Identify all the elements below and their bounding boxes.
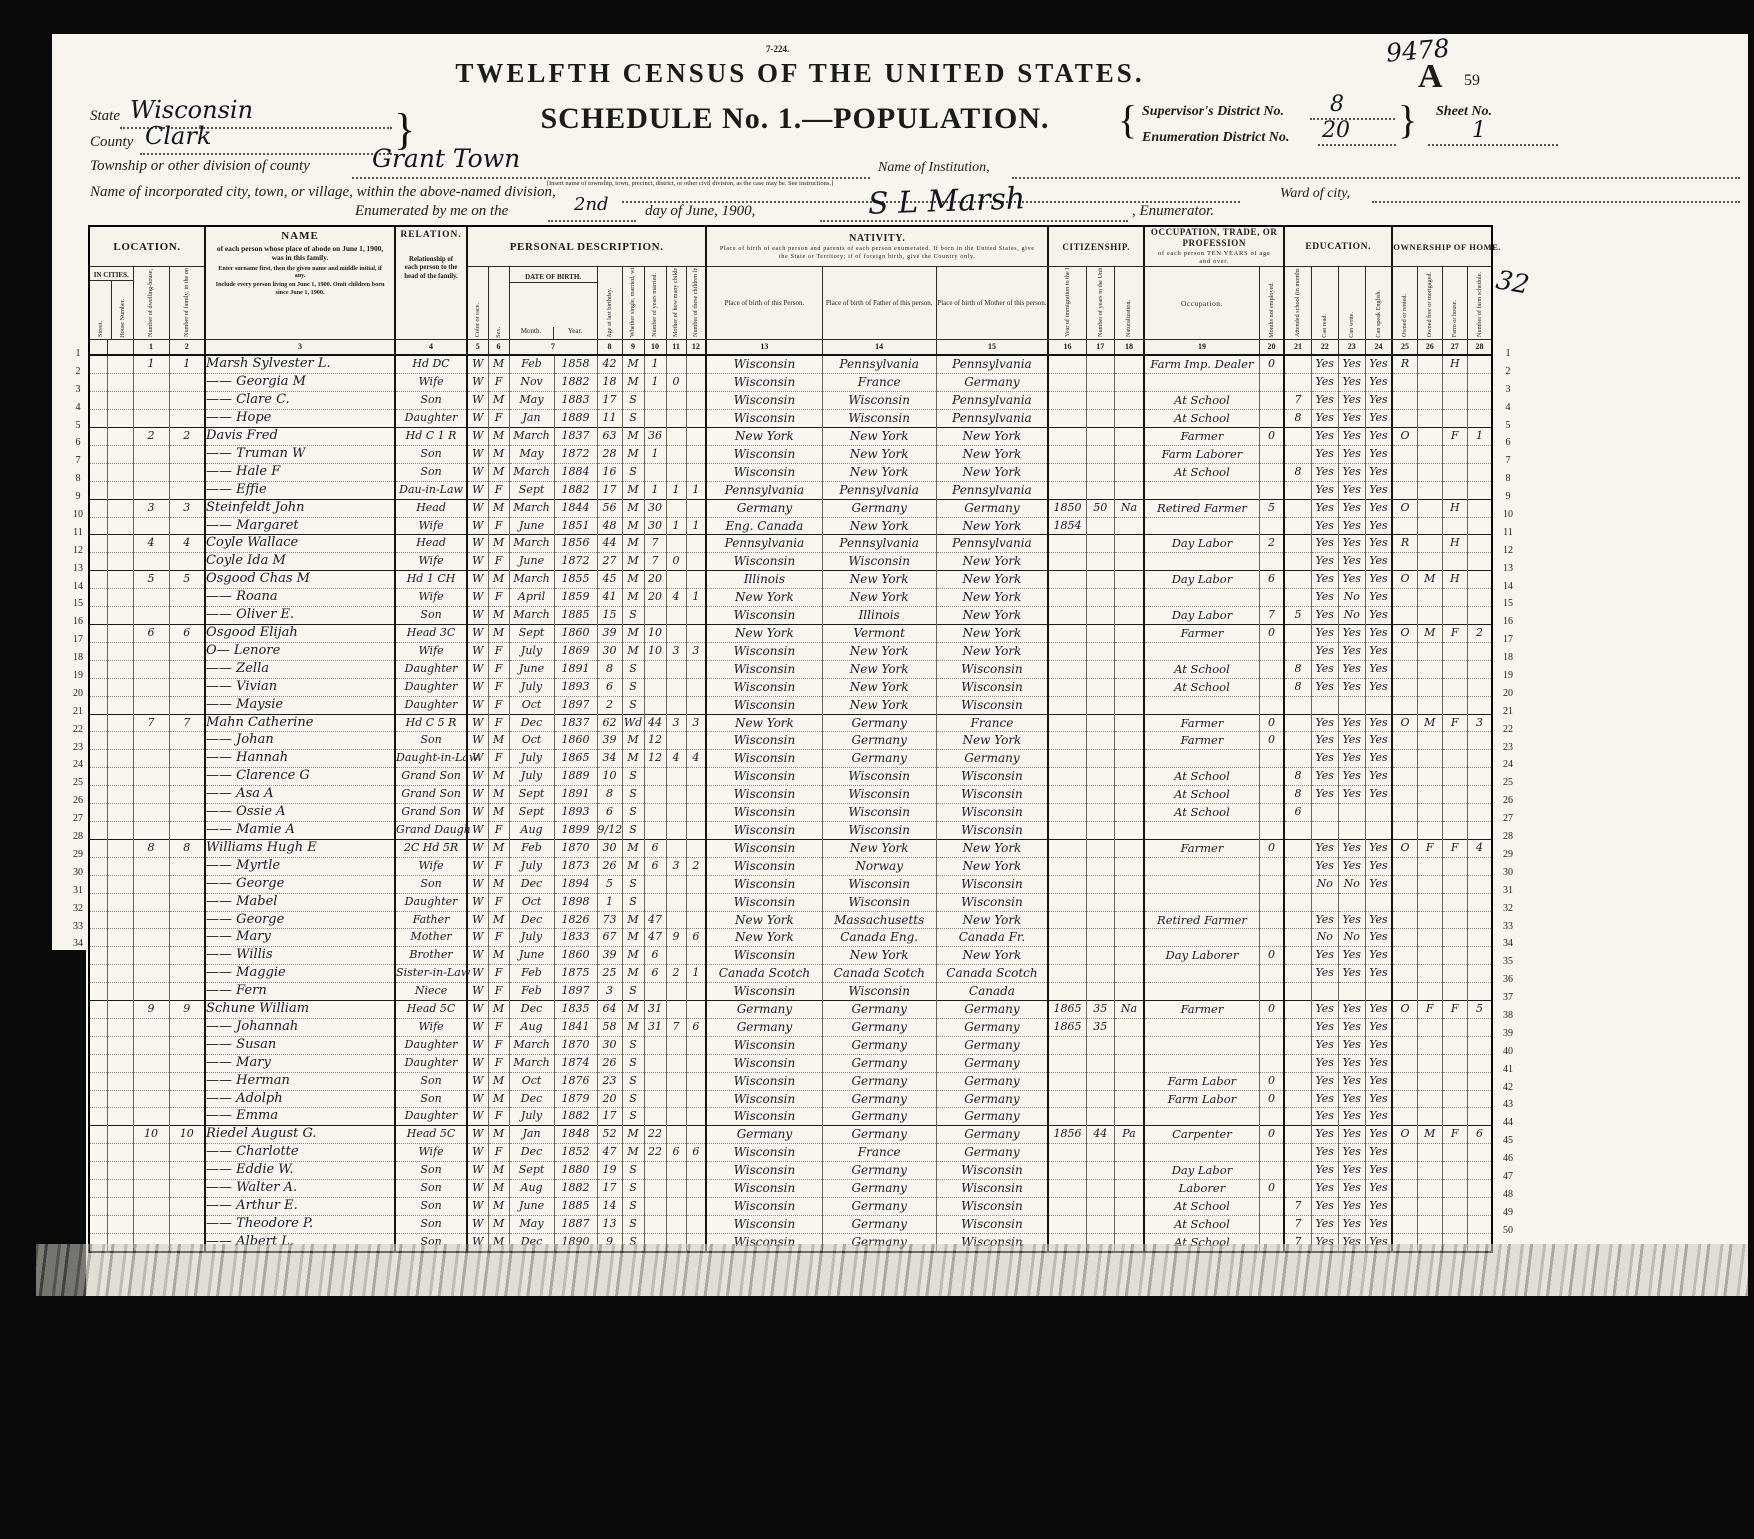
cell-fam xyxy=(169,1144,205,1162)
enumeration-line xyxy=(1318,144,1396,146)
cell-color: W xyxy=(467,1072,488,1090)
cell-imm: 1865 xyxy=(1048,1018,1086,1036)
cell-street xyxy=(89,821,107,839)
cell-bm: April xyxy=(509,589,554,607)
cell-house xyxy=(107,983,133,1001)
cell-pm: New York xyxy=(936,445,1048,463)
cell-fh: F xyxy=(1442,1126,1467,1144)
cell-yus xyxy=(1086,1036,1114,1054)
cell-street xyxy=(89,947,107,965)
cell-color: W xyxy=(467,786,488,804)
line-number: 17 xyxy=(66,631,90,649)
cell-mf: F xyxy=(1417,1001,1442,1019)
cell-by: 1883 xyxy=(554,392,597,410)
cell-color: W xyxy=(467,732,488,750)
cell-pob: Wisconsin xyxy=(706,786,822,804)
cell-color: W xyxy=(467,499,488,517)
cell-own xyxy=(1392,1180,1417,1198)
cell-pf: Germany xyxy=(822,1180,936,1198)
cell-pob: Eng. Canada xyxy=(706,517,822,535)
cell-mne xyxy=(1259,983,1284,1001)
cell-yus xyxy=(1086,804,1114,822)
cell-imm xyxy=(1048,1054,1086,1072)
cell-dw xyxy=(133,1180,169,1198)
owned-rented-col-label: Owned or rented. xyxy=(1401,294,1408,337)
cell-cb xyxy=(666,947,686,965)
cell-street xyxy=(89,696,107,714)
county-line xyxy=(140,153,392,155)
cell-imm xyxy=(1048,1144,1086,1162)
cell-cb xyxy=(666,893,686,911)
cell-color: W xyxy=(467,893,488,911)
cell-mf xyxy=(1417,607,1442,625)
cell-pm: Germany xyxy=(936,1144,1048,1162)
cell-yus xyxy=(1086,625,1114,643)
cell-pob: Canada Scotch xyxy=(706,965,822,983)
census-entry-row: —— HermanSonWMOct187623SWisconsinGermany… xyxy=(89,1072,1492,1090)
cell-mf xyxy=(1417,893,1442,911)
cell-imm xyxy=(1048,642,1086,660)
cell-color: W xyxy=(467,1054,488,1072)
cell-color: W xyxy=(467,875,488,893)
cell-dw: 5 xyxy=(133,571,169,589)
cell-house xyxy=(107,642,133,660)
cell-rd: Yes xyxy=(1311,714,1338,732)
cell-fh xyxy=(1442,768,1467,786)
cell-cl: 3 xyxy=(686,642,706,660)
cell-street xyxy=(89,750,107,768)
name-sub1: of each person whose place of abode on J… xyxy=(212,244,388,263)
cell-sex: M xyxy=(488,875,509,893)
cell-fs xyxy=(1467,875,1492,893)
free-mortgaged-col-label: Owned free or mortgaged. xyxy=(1426,272,1433,337)
sex-col-header: Sex. xyxy=(488,267,509,340)
cell-mar: S xyxy=(622,875,644,893)
line-number: 6 xyxy=(1496,434,1520,452)
cell-fs: 6 xyxy=(1467,1126,1492,1144)
cell-mne: 7 xyxy=(1259,607,1284,625)
census-entry-row: —— Theodore P.SonWMMay188713SWisconsinGe… xyxy=(89,1215,1492,1233)
cell-pf: Wisconsin xyxy=(822,983,936,1001)
cell-mf xyxy=(1417,1054,1442,1072)
cell-pob: Germany xyxy=(706,499,822,517)
census-entry-row: 11Marsh Sylvester L.Hd DCWMFeb185842M1Wi… xyxy=(89,355,1492,373)
cell-occ: At School xyxy=(1144,678,1259,696)
cell-bm: June xyxy=(509,517,554,535)
cell-ym: 30 xyxy=(644,499,666,517)
census-entry-row: —— FernNieceWFFeb18973SWisconsinWisconsi… xyxy=(89,983,1492,1001)
sheet-line xyxy=(1428,144,1558,146)
cell-pf: Wisconsin xyxy=(822,821,936,839)
cell-own xyxy=(1392,410,1417,428)
cell-pob: Wisconsin xyxy=(706,839,822,857)
cell-wr: Yes xyxy=(1338,625,1365,643)
cell-sex: M xyxy=(488,732,509,750)
cell-rd: Yes xyxy=(1311,589,1338,607)
cell-nat xyxy=(1114,696,1144,714)
cell-by: 1891 xyxy=(554,786,597,804)
cell-pf: Wisconsin xyxy=(822,804,936,822)
cell-color: W xyxy=(467,839,488,857)
cell-sex: M xyxy=(488,428,509,446)
line-number: 10 xyxy=(1496,506,1520,524)
cell-wr: Yes xyxy=(1338,355,1365,373)
cell-pob: Wisconsin xyxy=(706,1162,822,1180)
cell-yus xyxy=(1086,481,1114,499)
cell-occ: Farmer xyxy=(1144,428,1259,446)
cell-ym xyxy=(644,983,666,1001)
cell-sch: 7 xyxy=(1284,392,1311,410)
cell-wr: Yes xyxy=(1338,481,1365,499)
cell-rel: Wife xyxy=(395,642,467,660)
census-entry-row: —— MaryDaughterWFMarch187426SWisconsinGe… xyxy=(89,1054,1492,1072)
cell-sex: M xyxy=(488,499,509,517)
cell-imm xyxy=(1048,893,1086,911)
cell-sch xyxy=(1284,1090,1311,1108)
cell-sex: M xyxy=(488,607,509,625)
cell-sex: M xyxy=(488,445,509,463)
line-number: 24 xyxy=(66,756,90,774)
cell-rel: Son xyxy=(395,392,467,410)
cell-cl: 6 xyxy=(686,929,706,947)
cell-mf xyxy=(1417,1198,1442,1216)
cell-rel: Grand Daugh xyxy=(395,821,467,839)
cell-nat xyxy=(1114,410,1144,428)
cell-cl xyxy=(686,1001,706,1019)
cell-bm: March xyxy=(509,535,554,553)
cell-en: Yes xyxy=(1365,929,1392,947)
cell-rd: Yes xyxy=(1311,1072,1338,1090)
cell-name: —— Adolph xyxy=(205,1090,395,1108)
cell-mar: M xyxy=(622,1018,644,1036)
cell-rd: Yes xyxy=(1311,607,1338,625)
cell-mar: M xyxy=(622,929,644,947)
cell-street xyxy=(89,1090,107,1108)
cell-color: W xyxy=(467,428,488,446)
cell-own xyxy=(1392,463,1417,481)
cell-color: W xyxy=(467,857,488,875)
cell-street xyxy=(89,1215,107,1233)
cell-nat xyxy=(1114,893,1144,911)
pob-father-col-header: Place of birth of Father of this person. xyxy=(822,267,936,340)
cell-sch: 7 xyxy=(1284,1198,1311,1216)
can-read-col-header: Can read. xyxy=(1311,267,1338,340)
cell-nat xyxy=(1114,983,1144,1001)
cell-age: 27 xyxy=(597,553,622,571)
cell-fs xyxy=(1467,481,1492,499)
cell-ym: 20 xyxy=(644,589,666,607)
cell-color: W xyxy=(467,1108,488,1126)
cell-street xyxy=(89,642,107,660)
cell-rel: Daughter xyxy=(395,696,467,714)
cell-street xyxy=(89,660,107,678)
cell-rel: Daughter xyxy=(395,1036,467,1054)
cell-name: —— Herman xyxy=(205,1072,395,1090)
cell-name: —— Effie xyxy=(205,481,395,499)
cell-ym xyxy=(644,893,666,911)
cell-rel: 2C Hd 5R xyxy=(395,839,467,857)
cell-fs: 3 xyxy=(1467,714,1492,732)
cell-mne xyxy=(1259,589,1284,607)
cell-age: 30 xyxy=(597,1036,622,1054)
cell-yus xyxy=(1086,947,1114,965)
cell-rd: Yes xyxy=(1311,947,1338,965)
cell-dw: 6 xyxy=(133,625,169,643)
cell-pm: Germany xyxy=(936,1126,1048,1144)
cell-imm xyxy=(1048,445,1086,463)
cell-mar: M xyxy=(622,445,644,463)
cell-nat xyxy=(1114,428,1144,446)
cell-nat xyxy=(1114,589,1144,607)
cell-cb: 1 xyxy=(666,517,686,535)
line-number: 28 xyxy=(66,828,90,846)
enumerator-signature: S L Marsh xyxy=(867,181,1025,221)
cell-rd: Yes xyxy=(1311,1090,1338,1108)
cell-color: W xyxy=(467,374,488,392)
cell-sch xyxy=(1284,983,1311,1001)
cell-yus xyxy=(1086,374,1114,392)
enumeration-value: 20 xyxy=(1322,118,1350,143)
cell-fam: 7 xyxy=(169,714,205,732)
cell-sex: M xyxy=(488,804,509,822)
cell-house xyxy=(107,893,133,911)
cell-occ: Farmer xyxy=(1144,1001,1259,1019)
cell-mar: S xyxy=(622,786,644,804)
cell-pob: Wisconsin xyxy=(706,463,822,481)
cell-age: 42 xyxy=(597,355,622,373)
line-number: 10 xyxy=(66,506,90,524)
cell-street xyxy=(89,428,107,446)
cell-dw xyxy=(133,947,169,965)
cell-fs xyxy=(1467,642,1492,660)
census-entry-row: —— GeorgeSonWMDec18945SWisconsinWisconsi… xyxy=(89,875,1492,893)
cell-pf: Wisconsin xyxy=(822,875,936,893)
cell-rel: Son xyxy=(395,1162,467,1180)
line-number: 21 xyxy=(66,703,90,721)
cell-imm xyxy=(1048,481,1086,499)
cell-wr: Yes xyxy=(1338,911,1365,929)
cell-fs xyxy=(1467,499,1492,517)
cell-house xyxy=(107,553,133,571)
cell-color: W xyxy=(467,607,488,625)
cell-wr: Yes xyxy=(1338,571,1365,589)
cell-nat xyxy=(1114,678,1144,696)
cell-mne xyxy=(1259,821,1284,839)
cell-mf xyxy=(1417,821,1442,839)
cell-age: 45 xyxy=(597,571,622,589)
cell-cb xyxy=(666,696,686,714)
cell-en: Yes xyxy=(1365,1054,1392,1072)
cell-ym: 7 xyxy=(644,553,666,571)
cell-cl xyxy=(686,428,706,446)
cell-house xyxy=(107,786,133,804)
cell-by: 1869 xyxy=(554,642,597,660)
cell-mne xyxy=(1259,463,1284,481)
cell-by: 1865 xyxy=(554,750,597,768)
census-entry-row: —— EmmaDaughterWFJuly188217SWisconsinGer… xyxy=(89,1108,1492,1126)
occupation-section-header: OCCUPATION, TRADE, OR PROFESSION of each… xyxy=(1144,226,1284,267)
cell-color: W xyxy=(467,355,488,373)
cell-name: Osgood Chas M xyxy=(205,571,395,589)
cell-nat xyxy=(1114,660,1144,678)
cell-cl xyxy=(686,553,706,571)
cell-occ xyxy=(1144,517,1259,535)
cell-occ xyxy=(1144,553,1259,571)
cell-pm: Wisconsin xyxy=(936,893,1048,911)
cell-wr: Yes xyxy=(1338,660,1365,678)
cell-en: Yes xyxy=(1365,1001,1392,1019)
cell-occ: At School xyxy=(1144,660,1259,678)
cell-pf: Germany xyxy=(822,750,936,768)
cell-mf xyxy=(1417,481,1442,499)
cell-cb: 7 xyxy=(666,1018,686,1036)
cell-sch xyxy=(1284,428,1311,446)
cell-mf xyxy=(1417,983,1442,1001)
cell-pm: New York xyxy=(936,571,1048,589)
census-scan-page: 7-224. TWELFTH CENSUS OF THE UNITED STAT… xyxy=(0,0,1754,1539)
cell-bm: March xyxy=(509,607,554,625)
cell-sex: M xyxy=(488,625,509,643)
cell-mar: M xyxy=(622,517,644,535)
cell-house xyxy=(107,875,133,893)
cell-fh xyxy=(1442,1162,1467,1180)
years-us-col-label: Number of years in the United States. xyxy=(1097,268,1104,337)
cell-fam xyxy=(169,1036,205,1054)
cell-dw xyxy=(133,768,169,786)
cell-wr xyxy=(1338,983,1365,1001)
cell-mf xyxy=(1417,1215,1442,1233)
institution-line xyxy=(1012,177,1740,179)
line-number: 35 xyxy=(1496,953,1520,971)
cell-ym: 30 xyxy=(644,517,666,535)
census-entry-row: —— Clare C.SonWMMay188317SWisconsinWisco… xyxy=(89,392,1492,410)
can-read-col-label: Can read. xyxy=(1321,314,1328,338)
cell-pob: New York xyxy=(706,589,822,607)
cell-bm: May xyxy=(509,445,554,463)
cell-fh xyxy=(1442,911,1467,929)
cell-occ: Farm Labor xyxy=(1144,1072,1259,1090)
cell-mne xyxy=(1259,1162,1284,1180)
county-value: Clark xyxy=(145,122,211,150)
cell-pf: France xyxy=(822,1144,936,1162)
census-entry-row: —— Ossie AGrand SonWMSept18936SWisconsin… xyxy=(89,804,1492,822)
cell-sex: M xyxy=(488,535,509,553)
census-entry-row: Coyle Ida MWifeWFJune187227M70WisconsinW… xyxy=(89,553,1492,571)
cell-house xyxy=(107,947,133,965)
cell-wr: Yes xyxy=(1338,392,1365,410)
line-number: 21 xyxy=(1496,703,1520,721)
cell-sex: F xyxy=(488,589,509,607)
cell-pob: Wisconsin xyxy=(706,696,822,714)
cell-pf: Massachusetts xyxy=(822,911,936,929)
cell-pf: New York xyxy=(822,839,936,857)
cell-imm xyxy=(1048,875,1086,893)
cell-color: W xyxy=(467,1198,488,1216)
cell-mar: S xyxy=(622,392,644,410)
line-number: 19 xyxy=(66,667,90,685)
cell-mar: M xyxy=(622,428,644,446)
cell-en: Yes xyxy=(1365,1036,1392,1054)
census-entry-row: —— HopeDaughterWFJan188911SWisconsinWisc… xyxy=(89,410,1492,428)
cell-fam xyxy=(169,1072,205,1090)
line-number: 15 xyxy=(1496,595,1520,613)
cell-fh xyxy=(1442,732,1467,750)
cell-house xyxy=(107,392,133,410)
cell-mf xyxy=(1417,804,1442,822)
cell-yus xyxy=(1086,821,1114,839)
cell-en xyxy=(1365,983,1392,1001)
cell-en: Yes xyxy=(1365,589,1392,607)
cell-color: W xyxy=(467,1001,488,1019)
house-number-col-label: House Number. xyxy=(119,299,126,338)
cell-dw xyxy=(133,517,169,535)
cell-cb xyxy=(666,875,686,893)
cell-mf xyxy=(1417,929,1442,947)
cell-pf: New York xyxy=(822,696,936,714)
cell-fam xyxy=(169,463,205,481)
cell-dw xyxy=(133,893,169,911)
cell-own: R xyxy=(1392,535,1417,553)
cell-pf: Wisconsin xyxy=(822,893,936,911)
cell-by: 1893 xyxy=(554,678,597,696)
cell-mf xyxy=(1417,642,1442,660)
cell-sex: M xyxy=(488,1001,509,1019)
cell-bm: July xyxy=(509,750,554,768)
cell-own xyxy=(1392,857,1417,875)
cell-cb: 4 xyxy=(666,589,686,607)
cell-name: —— Maysie xyxy=(205,696,395,714)
cell-rel: Niece xyxy=(395,983,467,1001)
cell-age: 64 xyxy=(597,1001,622,1019)
enumerated-pre: Enumerated by me on the xyxy=(355,203,508,220)
cell-name: O— Lenore xyxy=(205,642,395,660)
cell-color: W xyxy=(467,1090,488,1108)
cell-imm xyxy=(1048,553,1086,571)
cell-by: 1897 xyxy=(554,983,597,1001)
cell-imm xyxy=(1048,1072,1086,1090)
cell-dw: 1 xyxy=(133,355,169,373)
cell-pm: Wisconsin xyxy=(936,1215,1048,1233)
relation-sub: Relationship of each person to the head … xyxy=(402,256,460,281)
cell-name: —— Hale F xyxy=(205,463,395,481)
cell-sex: F xyxy=(488,857,509,875)
cell-cl xyxy=(686,1036,706,1054)
cell-mf xyxy=(1417,1108,1442,1126)
cell-sch xyxy=(1284,696,1311,714)
cell-pm: Wisconsin xyxy=(936,696,1048,714)
cell-cb xyxy=(666,1072,686,1090)
cell-cb xyxy=(666,410,686,428)
cell-color: W xyxy=(467,553,488,571)
dwelling-col-header: Number of dwelling-house, in the order o… xyxy=(133,267,169,340)
occupation-title: OCCUPATION, TRADE, OR PROFESSION xyxy=(1145,227,1283,249)
cell-rd: Yes xyxy=(1311,463,1338,481)
cell-fam xyxy=(169,1054,205,1072)
cell-fh xyxy=(1442,660,1467,678)
cell-dw xyxy=(133,786,169,804)
cell-age: 23 xyxy=(597,1072,622,1090)
cell-yus: 50 xyxy=(1086,499,1114,517)
cell-sex: F xyxy=(488,1144,509,1162)
cell-mne xyxy=(1259,374,1284,392)
cell-mar: S xyxy=(622,983,644,1001)
cell-by: 1872 xyxy=(554,445,597,463)
cell-mne: 5 xyxy=(1259,499,1284,517)
cell-imm xyxy=(1048,768,1086,786)
cell-pob: Wisconsin xyxy=(706,804,822,822)
cell-cl xyxy=(686,911,706,929)
cell-mar: S xyxy=(622,696,644,714)
